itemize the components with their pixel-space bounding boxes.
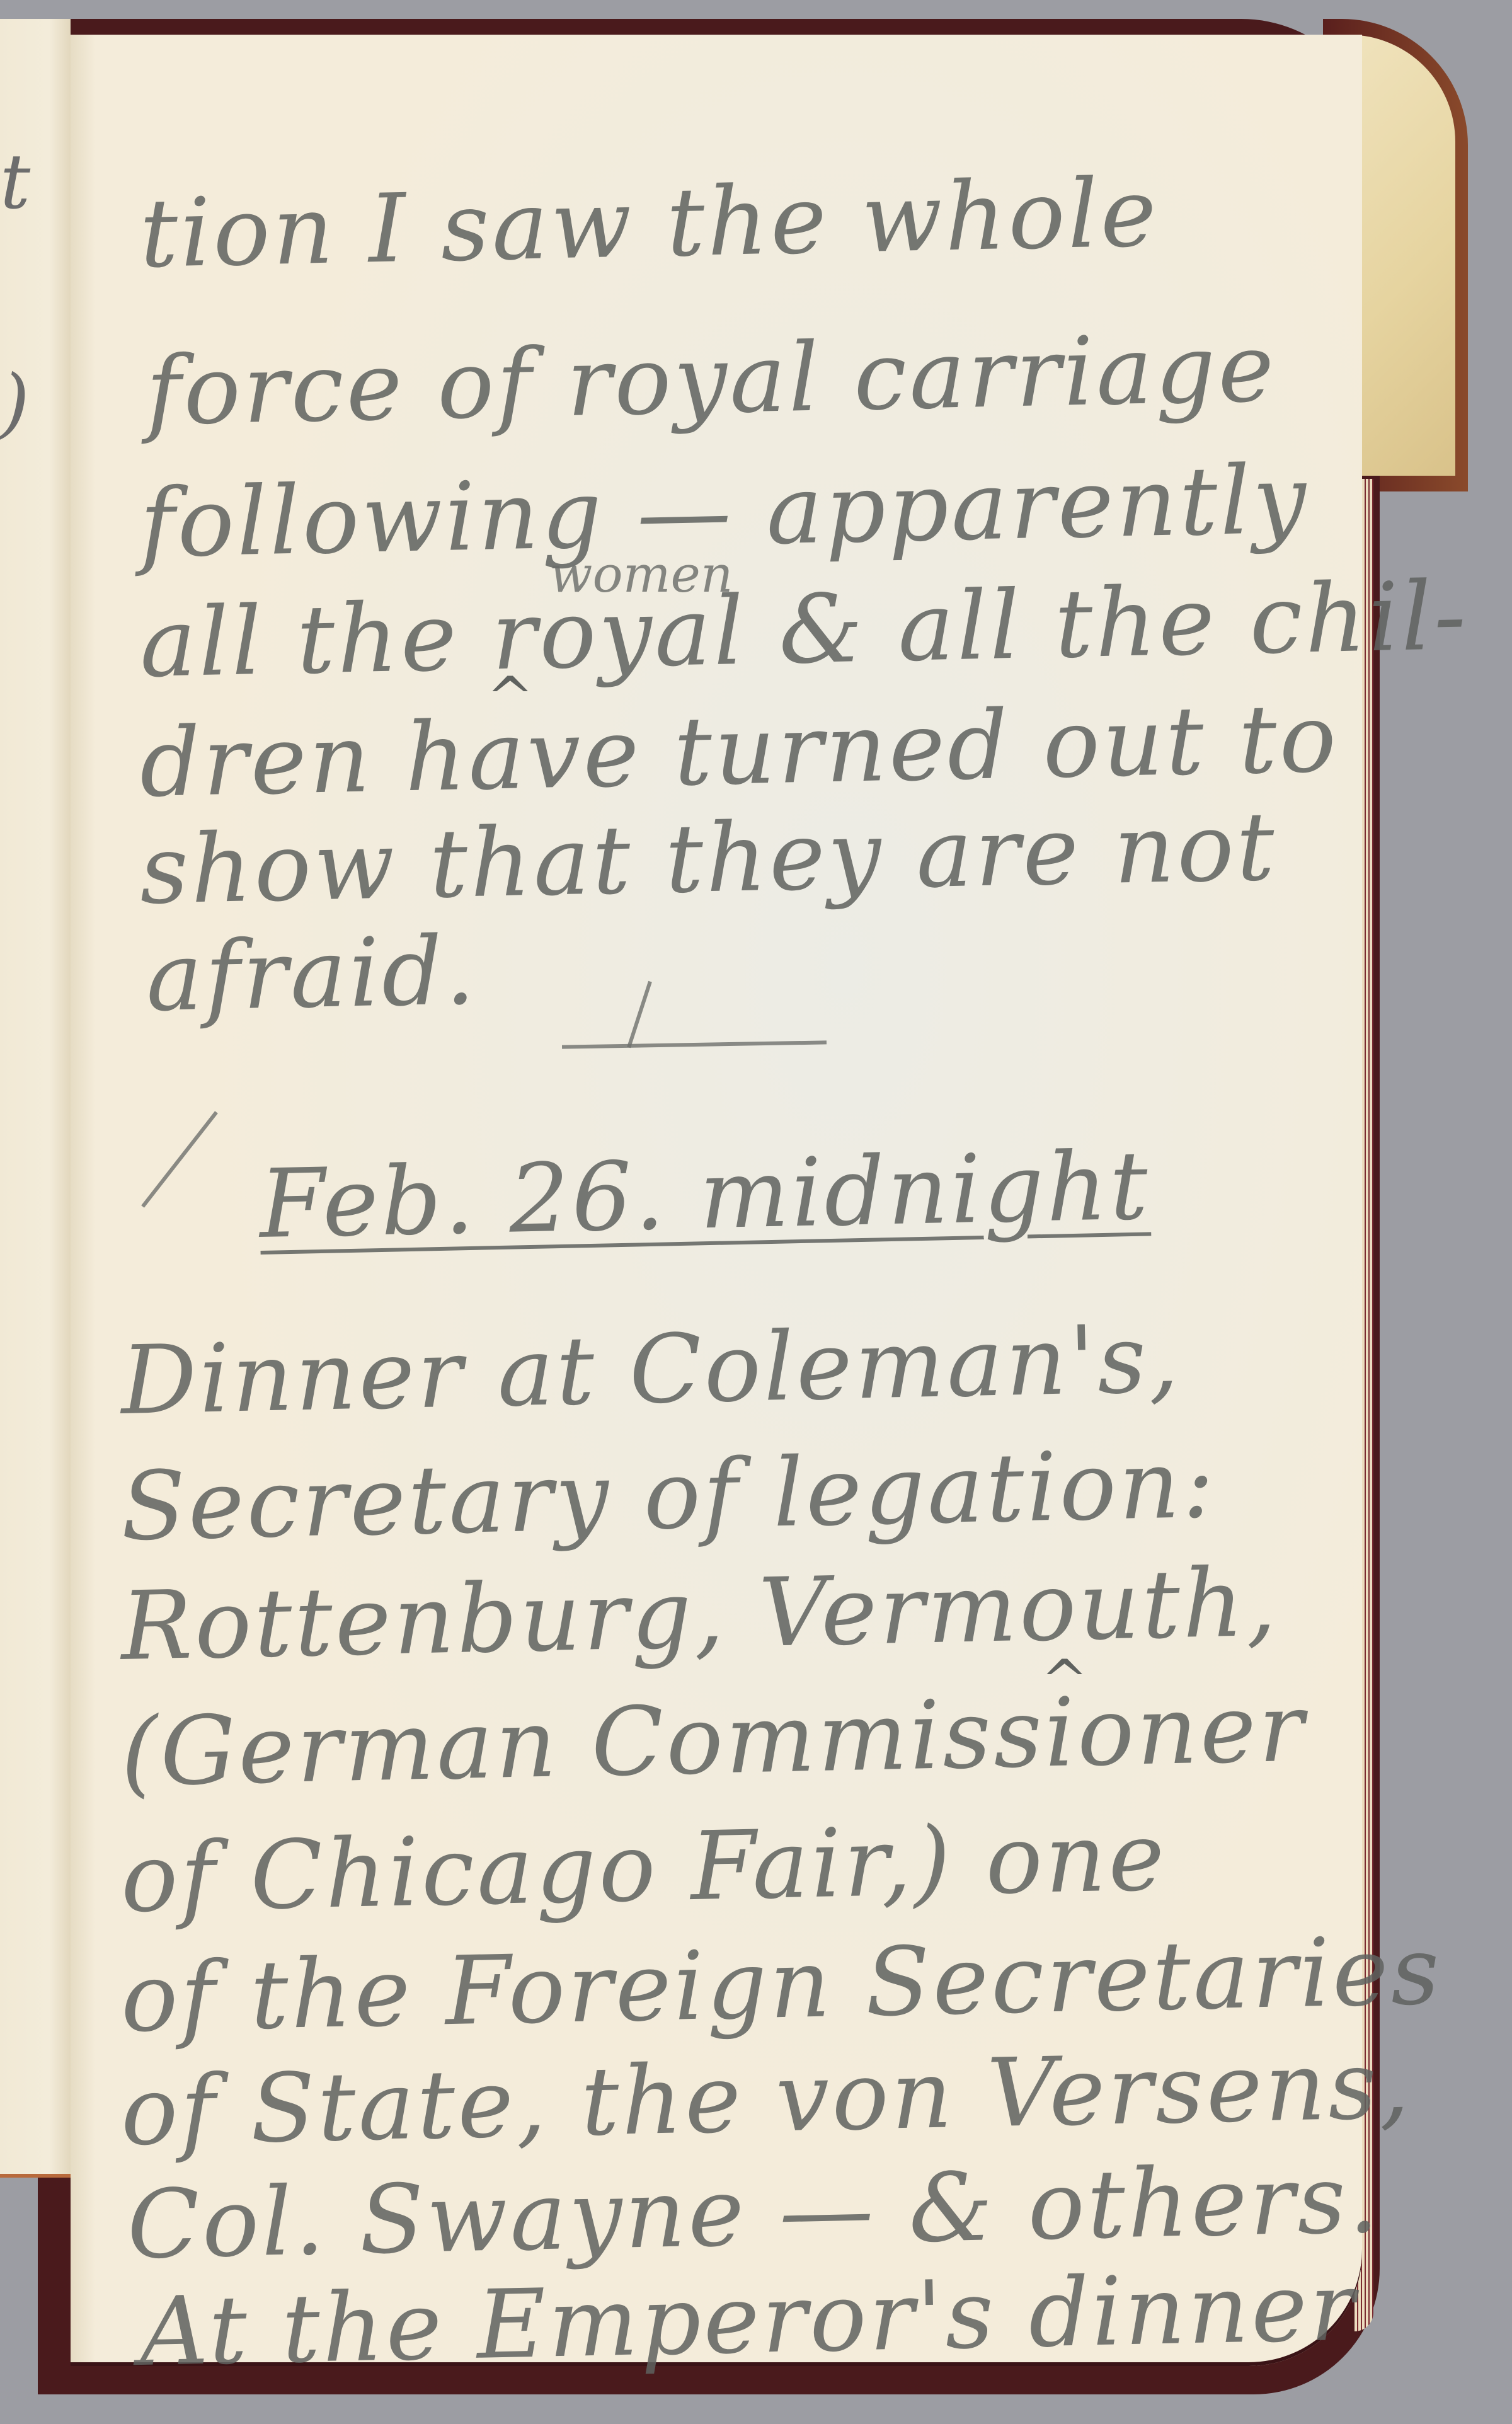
text-line: all the royal & all the chil- [139, 561, 1469, 699]
text-line: force of royal carriage [145, 313, 1278, 447]
text-line: (German Commissioner [120, 1674, 1307, 1808]
notebook-page: tion I saw the whole force of royal carr… [71, 35, 1362, 2366]
text-line: show that they are not [139, 792, 1278, 926]
text-line: Dinner at Coleman's, [120, 1304, 1182, 1436]
text-line: Secretary of legation: [120, 1430, 1218, 1562]
text-line: of the Foreign Secretaries [120, 1916, 1443, 2054]
margin-slash-mark [141, 1111, 218, 1207]
text-line: Rottenburg, Vermouth, [120, 1548, 1280, 1682]
facing-page-mark: ) [0, 359, 30, 447]
section-divider [562, 1040, 827, 1048]
text-line: of Chicago Fair,) one [120, 1802, 1168, 1934]
facing-page: t ) [0, 19, 71, 2178]
section-divider-tick [627, 981, 652, 1048]
text-line: tion I saw the whole [139, 158, 1160, 289]
entry-heading-date: Feb. 26. midnight [258, 1131, 1151, 1260]
text-line: of State, the von Versens, [120, 2030, 1412, 2167]
facing-page-mark: t [0, 139, 30, 226]
text-line: afraid. [145, 916, 478, 1033]
